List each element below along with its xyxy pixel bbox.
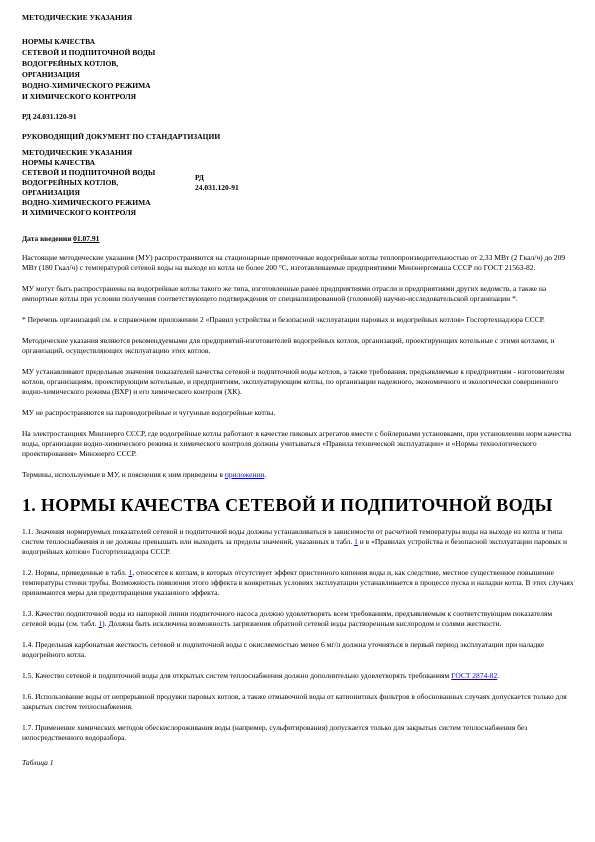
clause-1-4: 1.4. Предельная карбонатная жесткость се…: [22, 640, 574, 660]
intro-paragraph-6: МУ не распространяются на пароводогрейны…: [22, 408, 574, 418]
doc-title-line: И ХИМИЧЕСКОГО КОНТРОЛЯ: [22, 91, 574, 102]
intro-paragraph-5: МУ устанавливают предельные значения пок…: [22, 367, 574, 397]
doc-title-line: И ХИМИЧЕСКОГО КОНТРОЛЯ: [22, 208, 195, 218]
title-repeat-lines: МЕТОДИЧЕСКИЕ УКАЗАНИЯ НОРМЫ КАЧЕСТВА СЕТ…: [22, 148, 195, 218]
doc-number-value: 24.031.120-91: [195, 183, 239, 193]
intro-paragraph-1: Настоящие методические указания (МУ) рас…: [22, 253, 574, 273]
clause-1-6: 1.6. Использование воды от непрерывной п…: [22, 692, 574, 712]
doc-number-prefix: РД: [195, 173, 239, 183]
clause-1-3: 1.3. Качество подпиточной воды из напорн…: [22, 609, 574, 629]
doc-title-line: НОРМЫ КАЧЕСТВА: [22, 158, 195, 168]
heading-block: МЕТОДИЧЕСКИЕ УКАЗАНИЯ НОРМЫ КАЧЕСТВА СЕТ…: [22, 12, 574, 142]
doc-title-line: ВОДНО-ХИМИЧЕСКОГО РЕЖИМА: [22, 80, 574, 91]
document-page: МЕТОДИЧЕСКИЕ УКАЗАНИЯ НОРМЫ КАЧЕСТВА СЕТ…: [0, 0, 595, 768]
doc-title-line: СЕТЕВОЙ И ПОДПИТОЧНОЙ ВОДЫ: [22, 47, 574, 58]
doc-title-line: НОРМЫ КАЧЕСТВА: [22, 36, 574, 47]
doc-title-line: ВОДОГРЕЙНЫХ КОТЛОВ,: [22, 58, 574, 69]
doc-title-line: МЕТОДИЧЕСКИЕ УКАЗАНИЯ: [22, 148, 195, 158]
section-1-heading: 1. НОРМЫ КАЧЕСТВА СЕТЕВОЙ И ПОДПИТОЧНОЙ …: [22, 495, 574, 516]
terms-paragraph: Термины, используемые в МУ, и пояснения …: [22, 470, 574, 480]
effective-date-value: 01.07.91: [73, 234, 99, 243]
intro-paragraph-4: Методические указания являются рекоменду…: [22, 336, 574, 356]
gost-2874-82-link[interactable]: ГОСТ 2874-82: [451, 671, 497, 680]
clause-1-5: 1.5. Качество сетевой и подпиточной воды…: [22, 671, 574, 681]
doc-number: РД 24.031.120-91: [22, 111, 574, 122]
doc-title-line: ВОДОГРЕЙНЫХ КОТЛОВ,: [22, 178, 195, 188]
terms-text-end: .: [264, 470, 266, 479]
doc-title-line: СЕТЕВОЙ И ПОДПИТОЧНОЙ ВОДЫ: [22, 168, 195, 178]
table-caption: Таблица 1: [22, 758, 574, 768]
effective-date-label: Дата введения: [22, 234, 71, 243]
doc-title-line: ОРГАНИЗАЦИЯ: [22, 69, 574, 80]
clause-1-2: 1.2. Нормы, приведенные в табл. 1, относ…: [22, 568, 574, 598]
intro-paragraph-2: МУ могут быть распространены на водогрей…: [22, 284, 574, 304]
terms-text: Термины, используемые в МУ, и пояснения …: [22, 470, 225, 479]
doc-title-line: ВОДНО-ХИМИЧЕСКОГО РЕЖИМА: [22, 198, 195, 208]
doc-category: РУКОВОДЯЩИЙ ДОКУМЕНТ ПО СТАНДАРТИЗАЦИИ: [22, 131, 574, 142]
doc-kind-label: МЕТОДИЧЕСКИЕ УКАЗАНИЯ: [22, 12, 574, 23]
effective-date: Дата введения 01.07.91: [22, 234, 574, 244]
doc-number-block: РД 24.031.120-91: [195, 173, 239, 193]
appendix-link[interactable]: приложении: [225, 470, 265, 479]
footnote-paragraph: * Перечень организаций см. в справочном …: [22, 315, 574, 325]
clause-1-1: 1.1. Значения нормируемых показателей се…: [22, 527, 574, 557]
intro-paragraph-7: На электростанциях Минэнерго СССР, где в…: [22, 429, 574, 459]
title-repeat-block: МЕТОДИЧЕСКИЕ УКАЗАНИЯ НОРМЫ КАЧЕСТВА СЕТ…: [22, 148, 574, 218]
document-body: Настоящие методические указания (МУ) рас…: [22, 253, 574, 768]
clause-1-7: 1.7. Применение химических методов обеск…: [22, 723, 574, 743]
doc-title-line: ОРГАНИЗАЦИЯ: [22, 188, 195, 198]
